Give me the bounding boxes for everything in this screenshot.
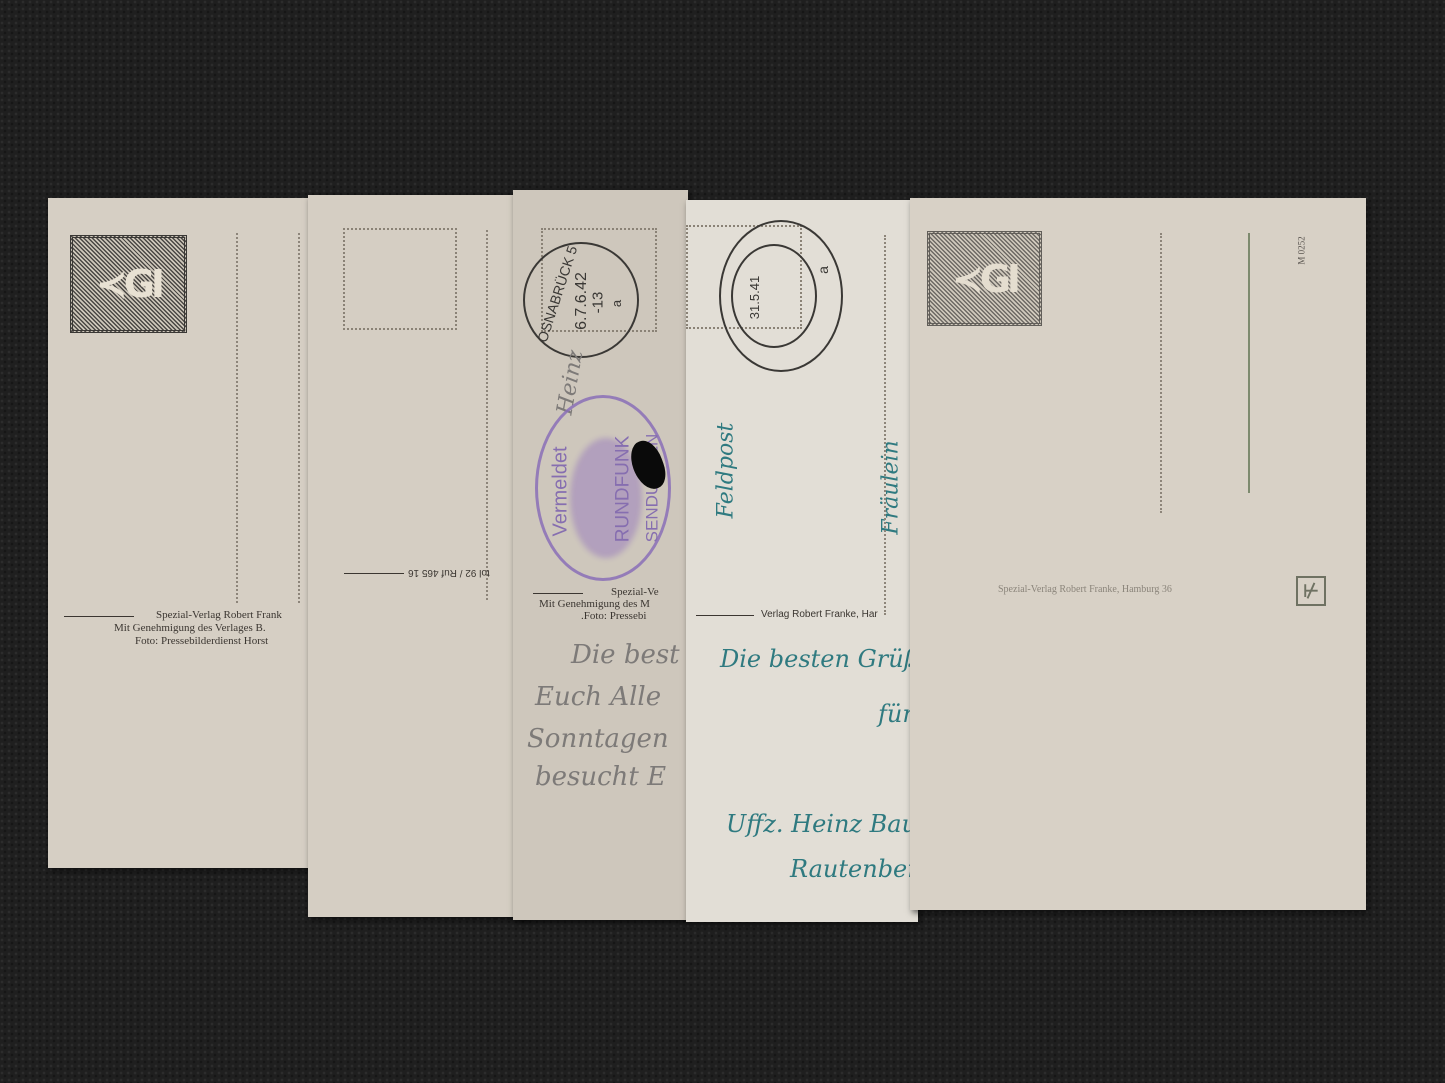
address-divider-line: [1160, 233, 1162, 513]
postmark-date: 31.5.41: [747, 276, 762, 319]
publisher-line: Foto: Pressebilderdienst Horst: [135, 635, 268, 648]
postmark-inner-ring: [731, 244, 817, 348]
address-divider-line: [884, 235, 886, 615]
postmark-date: 6.7.6.42: [573, 272, 591, 330]
handwritten-line: für: [878, 700, 914, 728]
address-divider-line: [486, 230, 488, 600]
publisher-line: Verlag Robert Franke, Har: [761, 608, 878, 621]
handwritten-line: Euch Alle: [535, 682, 661, 712]
handwritten-line: Die best: [571, 640, 680, 670]
handwritten-line: Uffz. Heinz Bauer: [726, 810, 918, 838]
publisher-line: Spezial-Verlag Robert Frank: [156, 609, 282, 622]
postcard-4: 31.5.41 a Feldpost Fräulein Verlag Rober…: [686, 200, 918, 922]
publisher-rule: [344, 573, 404, 574]
monogram-glyph: ≺GI: [930, 234, 1039, 323]
publisher-line: .Foto: Pressebi: [581, 610, 646, 623]
handwritten-line: Sonntagen: [527, 724, 669, 754]
handwritten-line: Die besten Grüße: [720, 645, 918, 673]
small-publisher-mark-icon: ⊬: [1296, 576, 1326, 606]
postcard-3: OSNABRÜCK 5 6.7.6.42 -13 a Heinz Vermeld…: [513, 190, 688, 920]
censor-text: Vermeldet: [550, 446, 573, 536]
postmark-letter: a: [609, 300, 624, 307]
publisher-rule: [533, 593, 583, 594]
osnabrueck-postmark: OSNABRÜCK 5 6.7.6.42 -13 a: [523, 242, 639, 358]
publisher-rule: [696, 615, 754, 616]
address-handwriting: Fräulein: [879, 440, 904, 534]
publisher-line-inverted: tol 92 / Ruf 465 16: [408, 566, 490, 579]
monogram-glyph: ≺GI: [73, 238, 184, 330]
corner-code: M 0252: [1296, 236, 1309, 264]
publisher-rule: [64, 616, 134, 617]
address-divider-line: [1248, 233, 1250, 493]
handwritten-line: Rautenberg: [790, 855, 918, 883]
publisher-line: Spezial-Verlag Robert Franke, Hamburg 36: [998, 583, 1172, 596]
publisher-monogram-logo: ≺GI: [927, 231, 1042, 326]
postcard-1: ≺GI Spezial-Verlag Robert Frank Mit Gene…: [48, 198, 338, 868]
publisher-monogram-logo: ≺GI: [70, 235, 187, 333]
feldpost-postmark: 31.5.41 a: [719, 220, 843, 372]
stamp-placeholder-box: [343, 228, 457, 330]
postmark-time: -13: [589, 292, 606, 314]
address-divider-line: [298, 233, 300, 603]
address-handwriting: Feldpost: [713, 423, 738, 519]
handwritten-line: besucht E: [535, 762, 666, 792]
publisher-line: Mit Genehmigung des Verlages B.: [114, 622, 266, 635]
postmark-letter: a: [815, 266, 831, 274]
postcard-2: tol 92 / Ruf 465 16: [308, 195, 528, 917]
postcard-5: ≺GI M 0252 Spezial-Verlag Robert Franke,…: [910, 198, 1366, 910]
address-divider-line: [236, 233, 238, 603]
